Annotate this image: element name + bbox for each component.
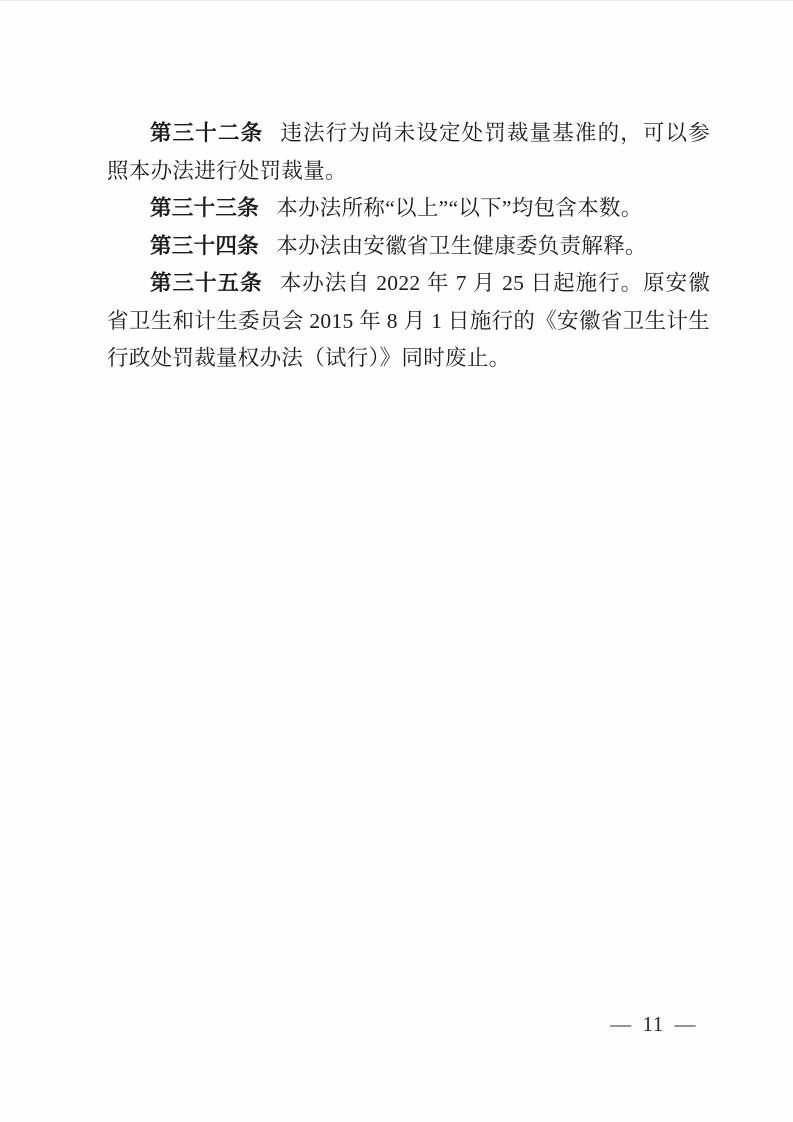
paragraph-article-33: 第三十三条本办法所称“以上”“以下”均包含本数。 bbox=[107, 190, 710, 228]
article-number: 第三十三条 bbox=[150, 196, 259, 220]
article-number: 第三十四条 bbox=[150, 234, 259, 258]
article-text: 本办法所称“以上”“以下”均包含本数。 bbox=[276, 196, 642, 220]
article-text: 本办法由安徽省卫生健康委负责解释。 bbox=[276, 234, 647, 258]
paragraph-article-35: 第三十五条本办法自 2022 年 7 月 25 日起施行。原安徽省卫生和计生委员… bbox=[107, 265, 710, 378]
article-number: 第三十五条 bbox=[150, 271, 263, 295]
paragraph-article-34: 第三十四条本办法由安徽省卫生健康委负责解释。 bbox=[107, 228, 710, 266]
article-number: 第三十二条 bbox=[150, 121, 263, 145]
document-body: 第三十二条违法行为尚未设定处罚裁量基准的，可以参照本办法进行处罚裁量。 第三十三… bbox=[107, 115, 710, 378]
paragraph-article-32: 第三十二条违法行为尚未设定处罚裁量基准的，可以参照本办法进行处罚裁量。 bbox=[107, 115, 710, 190]
document-page: 第三十二条违法行为尚未设定处罚裁量基准的，可以参照本办法进行处罚裁量。 第三十三… bbox=[0, 0, 793, 1122]
page-number: — 11 — bbox=[610, 1012, 696, 1036]
